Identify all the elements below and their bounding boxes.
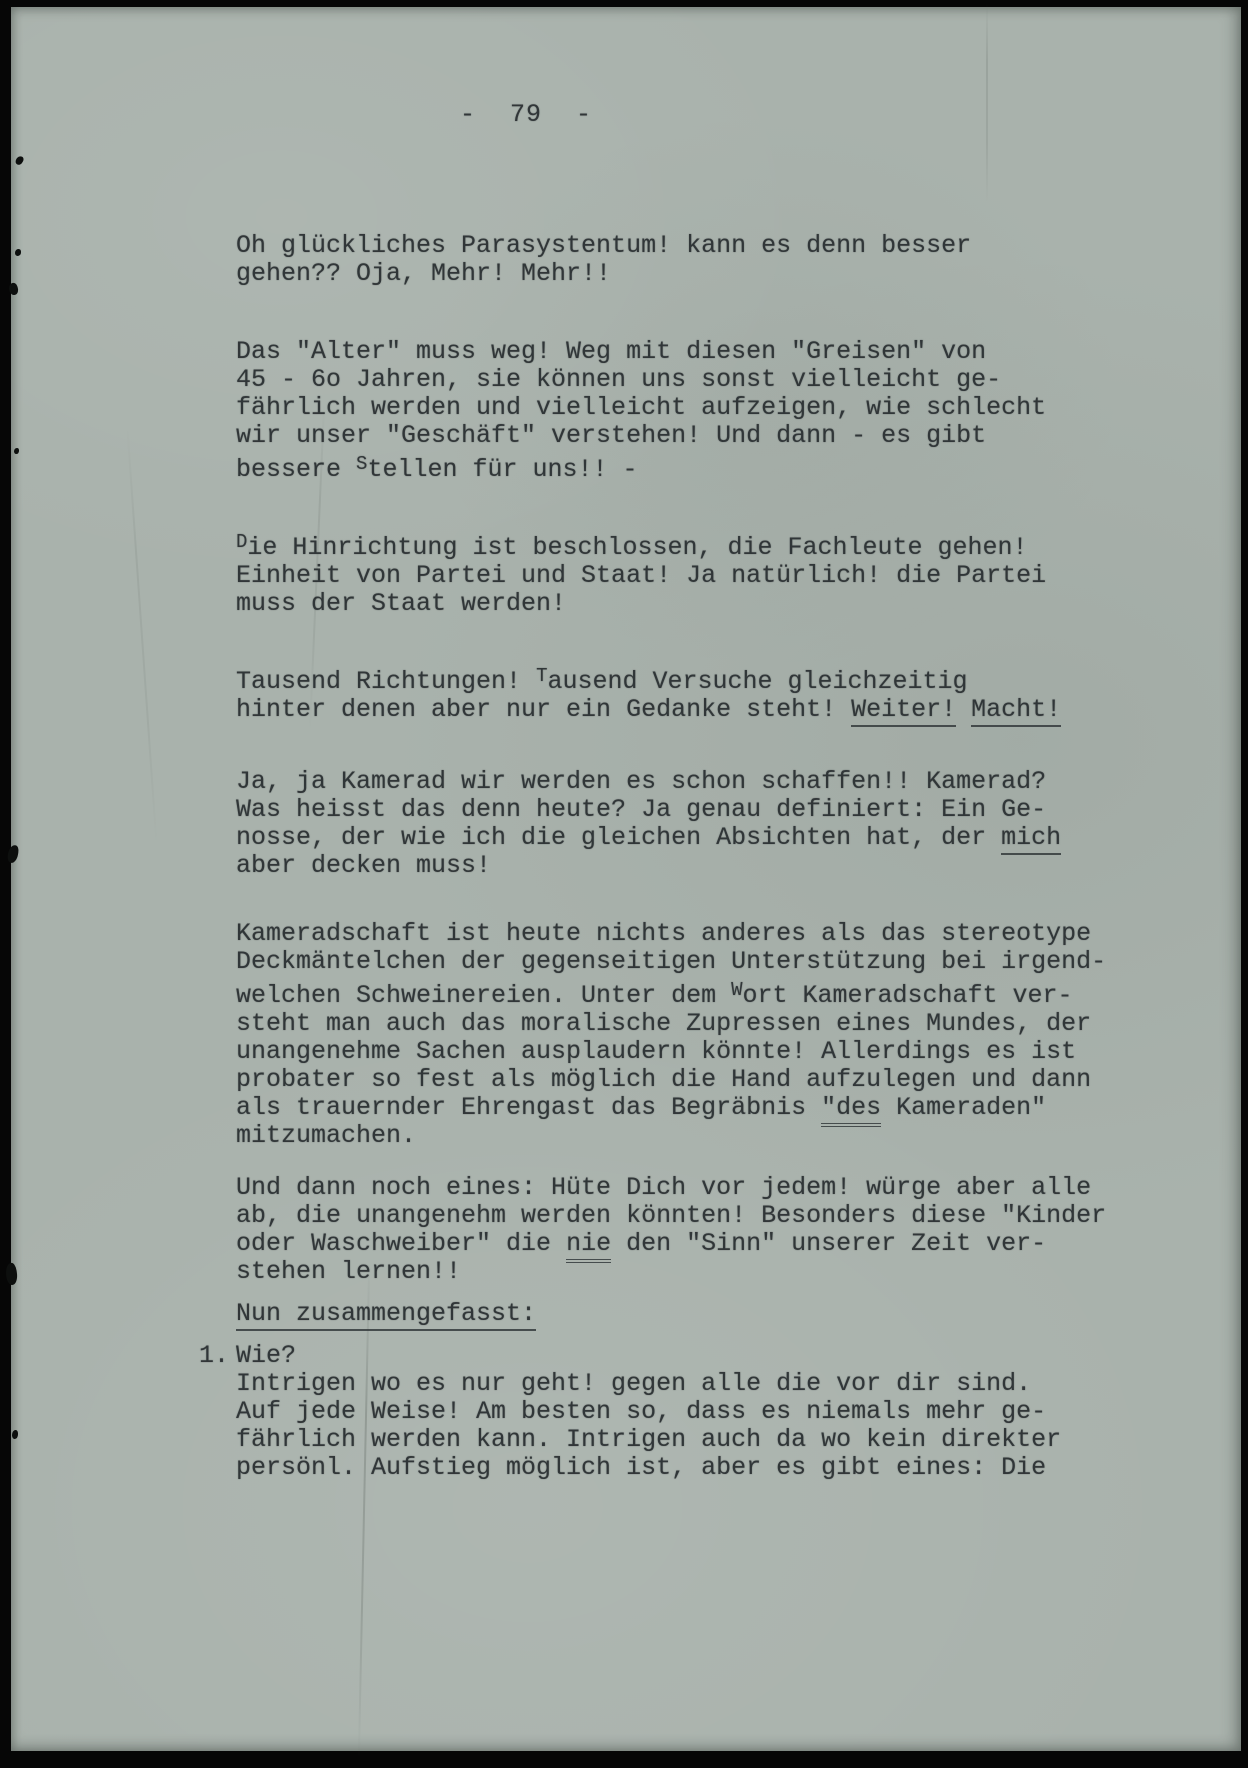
text-line: fährlich werden und vielleicht aufzeigen… (236, 394, 1116, 422)
text-line: muss der Staat werden! (236, 590, 1116, 618)
text-line: nosse, der wie ich die gleichen Absichte… (236, 824, 1116, 852)
raised-letter: S (356, 453, 367, 475)
text-line: Was heisst das denn heute? Ja genau defi… (236, 796, 1116, 824)
paragraph-parasystem: Oh glückliches Parasystentum! kann es de… (236, 232, 1116, 288)
text-line: fährlich werden kann. Intrigen auch da w… (236, 1426, 1116, 1454)
text-line: bessere Stellen für uns!! - (236, 450, 1116, 484)
typewritten-text: Oh glückliches Parasystentum! kann es de… (236, 232, 1116, 1482)
paper-crease (986, 2, 988, 202)
text-line: als trauernder Ehrengast das Begräbnis "… (236, 1094, 1116, 1122)
text-line: Oh glückliches Parasystentum! kann es de… (236, 232, 1116, 260)
paragraph-kameradschaft: Kameradschaft ist heute nichts anderes a… (236, 920, 1116, 1150)
text-line: gehen?? Oja, Mehr! Mehr!! (236, 260, 1116, 288)
raised-letter: W (731, 979, 742, 1001)
text-line: Deckmäntelchen der gegenseitigen Unterst… (236, 948, 1116, 976)
text-line: welchen Schweinereien. Unter dem Wort Ka… (236, 976, 1116, 1010)
text-line: Die Hinrichtung ist beschlossen, die Fac… (236, 528, 1116, 562)
text-line: oder Waschweiber" die nie den "Sinn" uns… (236, 1230, 1116, 1258)
text-line: Kameradschaft ist heute nichts anderes a… (236, 920, 1116, 948)
text-line: mitzumachen. (236, 1122, 1116, 1150)
paragraph-tausend-richtungen: Tausend Richtungen! Tausend Versuche gle… (236, 662, 1116, 724)
paragraph-kamerad: Ja, ja Kamerad wir werden es schon schaf… (236, 768, 1116, 880)
text-line: stehen lernen!! (236, 1258, 1116, 1286)
paper-crease (126, 427, 157, 846)
text-line: steht man auch das moralische Zupressen … (236, 1010, 1116, 1038)
text-line: Nun zusammengefasst: (236, 1300, 1116, 1328)
page-number: - 79 - (460, 100, 592, 129)
paragraph-huete-dich: Und dann noch eines: Hüte Dich vor jedem… (236, 1174, 1116, 1286)
text-line: Tausend Richtungen! Tausend Versuche gle… (236, 662, 1116, 696)
text-line: ab, die unangenehm werden könnten! Beson… (236, 1202, 1116, 1230)
text-line: Ja, ja Kamerad wir werden es schon schaf… (236, 768, 1116, 796)
underlined-text: "des (821, 1093, 881, 1127)
numbered-item-wie: 1.Wie?Intrigen wo es nur geht! gegen all… (236, 1342, 1116, 1482)
underlined-text: Nun zusammengefasst: (236, 1299, 536, 1331)
text-line: wir unser "Geschäft" verstehen! Und dann… (236, 422, 1116, 450)
underlined-text: nie (566, 1229, 611, 1263)
raised-letter: D (236, 531, 247, 553)
list-marker: 1. (199, 1342, 229, 1370)
paragraph-das-alter: Das "Alter" muss weg! Weg mit diesen "Gr… (236, 338, 1116, 484)
text-line: Das "Alter" muss weg! Weg mit diesen "Gr… (236, 338, 1116, 366)
underlined-text: mich (1001, 823, 1061, 855)
raised-letter: T (536, 665, 547, 687)
paragraph-hinrichtung: Die Hinrichtung ist beschlossen, die Fac… (236, 528, 1116, 618)
text-line: hinter denen aber nur ein Gedanke steht!… (236, 696, 1116, 724)
text-line: probater so fest als möglich die Hand au… (236, 1066, 1116, 1094)
text-line: Auf jede Weise! Am besten so, dass es ni… (236, 1398, 1116, 1426)
text-line: aber decken muss! (236, 852, 1116, 880)
text-line: unangenehme Sachen ausplaudern könnte! A… (236, 1038, 1116, 1066)
text-line: Und dann noch eines: Hüte Dich vor jedem… (236, 1174, 1116, 1202)
text-line: persönl. Aufstieg möglich ist, aber es g… (236, 1454, 1116, 1482)
section-heading-zusammengefasst: Nun zusammengefasst: (236, 1300, 1116, 1328)
text-line: Einheit von Partei und Staat! Ja natürli… (236, 562, 1116, 590)
text-line: Intrigen wo es nur geht! gegen alle die … (236, 1370, 1116, 1398)
underlined-text: Weiter! (851, 695, 956, 727)
underlined-text: Macht! (971, 695, 1061, 727)
text-line: 45 - 6o Jahren, sie können uns sonst vie… (236, 366, 1116, 394)
text-line: Wie? (236, 1342, 1116, 1370)
document-page: - 79 - Oh glückliches Parasystentum! kan… (11, 7, 1241, 1751)
